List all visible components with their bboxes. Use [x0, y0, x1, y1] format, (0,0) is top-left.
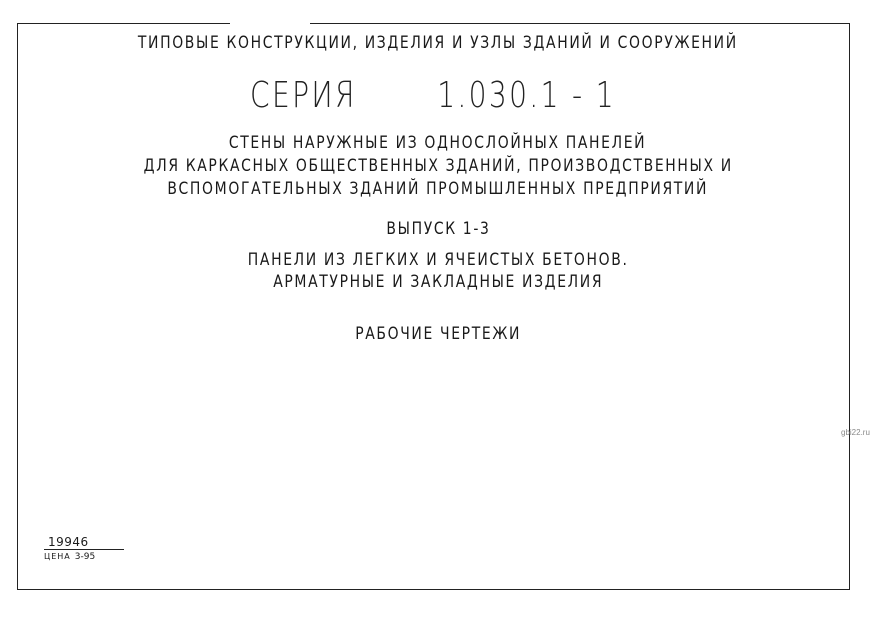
header-title-text: ТИПОВЫЕ КОНСТРУКЦИИ, ИЗДЕЛИЯ И УЗЛЫ ЗДАН… — [138, 33, 738, 53]
issue-title-line-1: ПАНЕЛИ ИЗ ЛЕГКИХ И ЯЧЕИСТЫХ БЕТОНОВ. — [0, 250, 876, 270]
subtitle-line-1: СТЕНЫ НАРУЖНЫЕ ИЗ ОДНОСЛОЙНЫХ ПАНЕЛЕЙ — [0, 133, 876, 153]
issue-title-line-2: АРМАТУРНЫЕ И ЗАКЛАДНЫЕ ИЗДЕЛИЯ — [0, 272, 876, 292]
inventory-stamp: 19946 ЦЕНА3-95 — [44, 536, 124, 562]
series-title: СЕРИЯ1.030.1 - 1 — [0, 75, 876, 116]
series-number: 1.030.1 - 1 — [437, 75, 616, 116]
price-value: 3-95 — [75, 552, 95, 562]
series-label: СЕРИЯ — [250, 75, 357, 116]
issue-label: ВЫПУСК 1-3 — [0, 219, 876, 239]
header-title: ТИПОВЫЕ КОНСТРУКЦИИ, ИЗДЕЛИЯ И УЗЛЫ ЗДАН… — [0, 33, 876, 53]
subtitle-line-2: ДЛЯ КАРКАСНЫХ ОБЩЕСТВЕННЫХ ЗДАНИЙ, ПРОИЗ… — [0, 156, 876, 176]
price: ЦЕНА3-95 — [44, 552, 124, 562]
watermark: gbi22.ru — [841, 428, 870, 437]
frame-gap — [230, 20, 310, 26]
inventory-number: 19946 — [44, 536, 124, 550]
document-type: РАБОЧИЕ ЧЕРТЕЖИ — [0, 324, 876, 344]
price-label: ЦЕНА — [44, 552, 71, 561]
subtitle-line-3: ВСПОМОГАТЕЛЬНЫХ ЗДАНИЙ ПРОМЫШЛЕННЫХ ПРЕД… — [0, 179, 876, 199]
